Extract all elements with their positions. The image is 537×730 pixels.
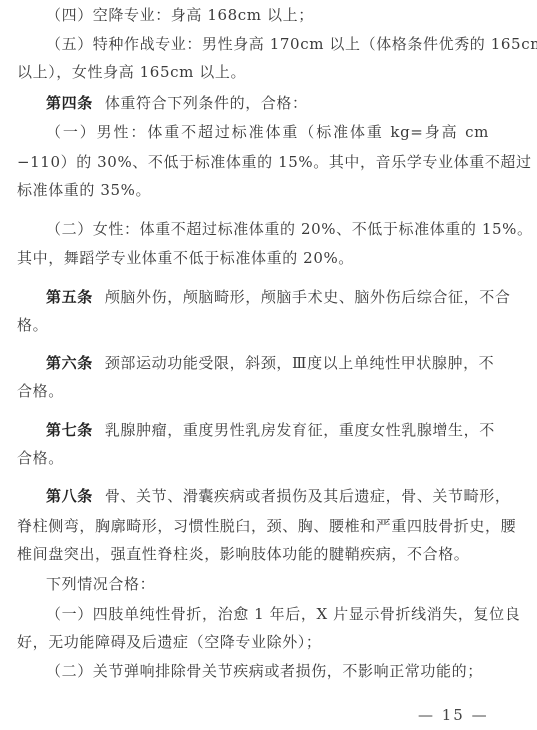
article-text: 骨、关节、滑囊疾病或者损伤及其后遗症，骨、关节畸形， [105,487,511,505]
article-text: 乳腺肿瘤，重度男性乳房发育征，重度女性乳腺增生，不 [105,421,495,439]
article-heading: 第四条 [46,94,93,112]
text-line: 脊柱侧弯，胸廓畸形，习惯性脱臼，颈、胸、腰椎和严重四肢骨折史，腰 [17,516,489,536]
article-text: 体重符合下列条件的，合格： [105,94,308,112]
article-heading: 第八条 [46,487,93,505]
text-line: 合格。 [17,381,489,401]
article-heading: 第六条 [46,354,93,372]
text-line: （二）关节弹响排除骨关节疾病或者损伤，不影响正常功能的； [46,661,489,681]
page-number: — 15 — [418,706,489,724]
article-text: 颈部运动功能受限，斜颈，Ⅲ度以上单纯性甲状腺肿，不 [105,354,494,372]
text-line: （二）女性：体重不超过标准体重的 20%、不低于标准体重的 15%。 [46,219,489,239]
article-6: 第六条颈部运动功能受限，斜颈，Ⅲ度以上单纯性甲状腺肿，不 [46,353,489,373]
text-line: 以上），女性身高 165cm 以上。 [17,62,489,82]
text-line: 合格。 [17,448,489,468]
article-4: 第四条体重符合下列条件的，合格： [46,93,489,113]
text-line: 好，无功能障碍及后遗症（空降专业除外）； [17,632,489,652]
article-8: 第八条骨、关节、滑囊疾病或者损伤及其后遗症，骨、关节畸形， [46,486,489,506]
text-line: 其中，舞蹈学专业体重不低于标准体重的 20%。 [17,248,489,268]
text-line: （一）男性：体重不超过标准体重（标准体重 kg=身高 cm [46,122,489,142]
article-heading: 第七条 [46,421,93,439]
text-line: （一）四肢单纯性骨折，治愈 1 年后，X 片显示骨折线消失，复位良 [46,604,489,624]
text-line: 下列情况合格： [46,574,489,594]
article-5: 第五条颅脑外伤，颅脑畸形，颅脑手术史、脑外伤后综合征，不合 [46,287,489,307]
text-line: 椎间盘突出，强直性脊柱炎，影响肢体功能的腱鞘疾病，不合格。 [17,544,489,564]
article-text: 颅脑外伤，颅脑畸形，颅脑手术史、脑外伤后综合征，不合 [105,288,511,306]
text-line: （五）特种作战专业：男性身高 170cm 以上（体格条件优秀的 165cm [46,34,489,54]
text-line: 标准体重的 35%。 [17,180,489,200]
article-heading: 第五条 [46,288,93,306]
article-7: 第七条乳腺肿瘤，重度男性乳房发育征，重度女性乳腺增生，不 [46,420,489,440]
text-line: （四）空降专业：身高 168cm 以上； [46,5,489,25]
text-line: −110）的 30%、不低于标准体重的 15%。其中，音乐学专业体重不超过 [17,152,489,172]
text-line: 格。 [17,315,489,335]
